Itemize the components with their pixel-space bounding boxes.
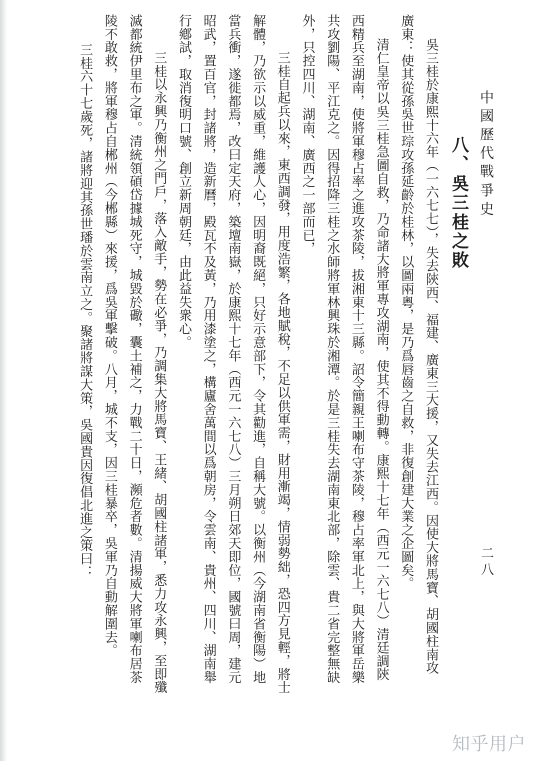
- text-column: 當兵衝，遂徙都焉，改曰定天府，築壇南嶽，於康熙十七年（西元一六七八）三月朔日郊天…: [221, 14, 246, 684]
- text-column: 陵不敢救，將軍穆占自郴州（今郴縣）來援，爲吳軍擊破。八月，城不支，因三桂暴卒，吳…: [97, 14, 122, 684]
- vertical-text-block: 中國歷代戰爭史 八、吳三桂之敗 吳三桂於康熙十六年（一六七七），失去陝西、福建、…: [72, 14, 498, 684]
- text-column: 吳三桂於康熙十六年（一六七七），失去陝西、福建、廣東三大援，又失去江西。因使大將…: [418, 14, 443, 684]
- book-title-column: 中國歷代戰爭史: [473, 14, 498, 684]
- text-column: 昭武，置百官，封諸將，造新曆，殿瓦不及黃，乃用漆塗之，構廬舍萬間以爲朝房，令雲南…: [196, 14, 221, 684]
- text-column: 三桂以永興乃衡州之門戶，落入敵手，勢在必爭，乃調集大將馬寶、王緒、胡國柱諸軍，悉…: [147, 14, 172, 684]
- text-column: 西精兵至湖南，使將軍穆占率之進攻茶陵，拔湘東十三縣。詔令簡親王喇布守茶陵，穆占率…: [344, 14, 369, 684]
- watermark: 知乎用户: [452, 730, 526, 756]
- text-column: 行鄕試，取消復明口號、創立新周朝廷，由此益失衆心。: [171, 14, 196, 684]
- scanned-book-page: 中國歷代戰爭史 八、吳三桂之敗 吳三桂於康熙十六年（一六七七），失去陝西、福建、…: [0, 0, 538, 761]
- page-edge-shading: [0, 0, 7, 761]
- text-column: 三桂自起兵以來，東西調發，用度浩繁，各地賦稅，不足以供軍需，財用漸竭，情弱勢絀，…: [270, 14, 295, 684]
- text-column: 三桂六十七歲死，諸將迎其孫世璠於雲南立之。聚諸將謀大策，吳國貴因復倡北進之策曰：: [72, 14, 97, 684]
- text-column: 共攻劉陽、平江克之。因得招降三桂之水師將軍林興珠於湘潭。於是三桂失去湖南東北部，…: [319, 14, 344, 684]
- text-column: 解體，乃欲示以威重，維護人心，因明裔既絕，只好示意部下，令其勸進，自稱大號。以衡…: [245, 14, 270, 684]
- chapter-title-column: 八、吳三桂之敗: [443, 14, 473, 684]
- text-column: 清仁皇帝以吳三桂急圖自救，乃命諸大將軍專攻湖南，使其不得動轉。康熙十七年（西元一…: [369, 14, 394, 684]
- page-number: 二八: [477, 546, 496, 579]
- text-column: 廣東：使其從孫吳世琮攻孫延齡於桂林，以圖兩粵，是乃爲唇齒之自救，非復創建大業之企…: [394, 14, 419, 684]
- text-column: 外，只控四川、湖南、廣西之一部而已，: [295, 14, 320, 684]
- text-column: 滅都統伊里布之軍。清統領碩岱據城死守，城毀於礮，囊土補之，力戰二十日，瀕危者數。…: [122, 14, 147, 684]
